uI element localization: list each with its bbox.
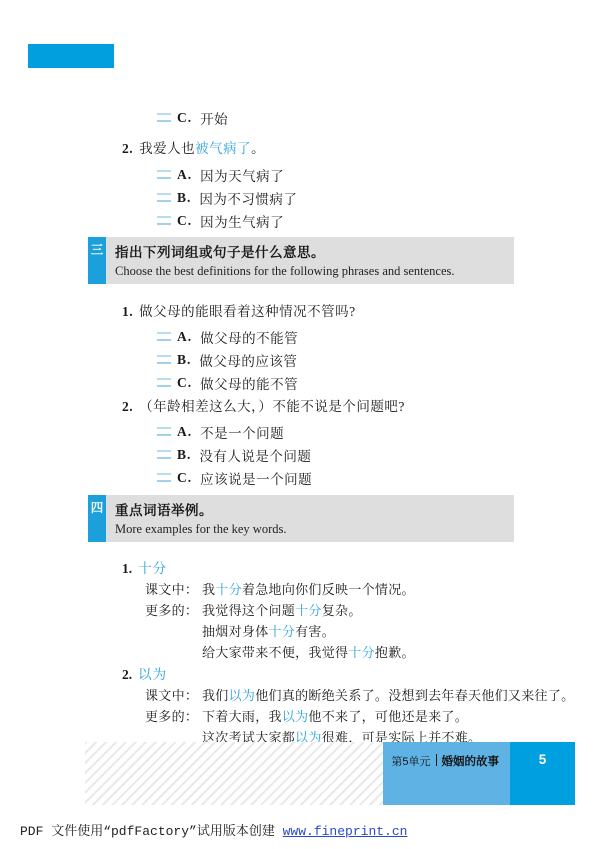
- option-text: 做父母的应该管: [199, 350, 297, 370]
- keyword-word: 以为: [138, 667, 167, 682]
- answer-option-row: C.做父母的能不管: [157, 371, 578, 394]
- page-content: C. 开始 2.我爱人也被气病了。 A.因为天气病了B.因为不习惯病了C.因为生…: [88, 0, 578, 748]
- keyword-highlight: 十分: [269, 624, 296, 639]
- answer-checkbox[interactable]: [157, 427, 171, 436]
- answer-checkbox[interactable]: [157, 216, 171, 225]
- section-number-badge: 三: [88, 237, 106, 284]
- answer-options-group: A.不是一个问题B.没有人说是个问题C.应该说是一个问题: [88, 420, 578, 489]
- example-label: [145, 642, 202, 663]
- example-sentence: 给大家带来不便，我觉得十分抱歉。: [202, 642, 415, 663]
- keyword-number: 2.: [122, 667, 132, 682]
- keyword-heading: 2.以为: [122, 663, 578, 685]
- option-letter: B.: [177, 447, 191, 463]
- keyword-word: 十分: [138, 561, 167, 576]
- textbook-page: C. 开始 2.我爱人也被气病了。 A.因为天气病了B.因为不习惯病了C.因为生…: [0, 0, 600, 849]
- section-title: 指出下列词组或句子是什么意思。: [115, 241, 508, 261]
- keyword-highlight: 十分: [215, 582, 242, 597]
- option-letter: A.: [177, 424, 192, 440]
- section-header-body: 重点词语举例。 More examples for the key words.: [106, 495, 514, 542]
- page-number: 5: [510, 742, 575, 805]
- question-text: 我爱人也: [139, 141, 195, 156]
- question-block: 2.（年龄相差这么大，）不能不说是个问题吧?A.不是一个问题B.没有人说是个问题…: [88, 395, 578, 489]
- option-letter: C.: [177, 213, 192, 229]
- answer-option-row: B.因为不习惯病了: [157, 186, 578, 209]
- section-header-three: 三 指出下列词组或句子是什么意思。 Choose the best defini…: [88, 237, 514, 284]
- footer-stripe-decoration: [85, 742, 383, 805]
- answer-option-row: C. 开始: [157, 106, 578, 129]
- option-letter: C.: [177, 375, 192, 391]
- section-subtitle: More examples for the key words.: [115, 522, 508, 537]
- question-number: 2.: [122, 399, 133, 414]
- option-letter: C.: [177, 110, 192, 126]
- option-letter: A.: [177, 329, 192, 345]
- option-text: 做父母的不能管: [200, 327, 298, 347]
- answer-option-row: B.没有人说是个问题: [157, 443, 578, 466]
- keyword-block: 2.以为课文中：我们以为他们真的断绝关系了。没想到去年春天他们又来往了。更多的：…: [88, 663, 578, 748]
- answer-checkbox[interactable]: [157, 473, 171, 482]
- example-line: 更多的：我觉得这个问题十分复杂。: [145, 600, 578, 621]
- option-text: 没有人说是个问题: [199, 445, 311, 465]
- example-line: 抽烟对身体十分有害。: [145, 621, 578, 642]
- section-three-questions: 1.做父母的能眼看着这种情况不管吗?A.做父母的不能管B.做父母的应该管C.做父…: [88, 300, 578, 489]
- question-line: 1.做父母的能眼看着这种情况不管吗?: [122, 300, 578, 322]
- section-header-body: 指出下列词组或句子是什么意思。 Choose the best definiti…: [106, 237, 514, 284]
- option-letter: C.: [177, 470, 192, 486]
- answer-option-row: B.做父母的应该管: [157, 348, 578, 371]
- option-text: 因为生气病了: [200, 211, 284, 231]
- example-line: 课文中：我们以为他们真的断绝关系了。没想到去年春天他们又来往了。: [145, 685, 578, 706]
- question-text-end: 。: [251, 141, 265, 156]
- section-four-keywords: 1.十分课文中：我十分着急地向你们反映一个情况。更多的：我觉得这个问题十分复杂。…: [88, 557, 578, 748]
- answer-option-row: A.做父母的不能管: [157, 325, 578, 348]
- option-text: 因为不习惯病了: [199, 188, 297, 208]
- example-line: 给大家带来不便，我觉得十分抱歉。: [145, 642, 578, 663]
- option-text: 做父母的能不管: [200, 373, 298, 393]
- question-line: 2.（年龄相差这么大，）不能不说是个问题吧?: [122, 395, 578, 417]
- answer-option-row: C.因为生气病了: [157, 209, 578, 232]
- question-number: 1.: [122, 304, 133, 319]
- section-subtitle: Choose the best definitions for the foll…: [115, 264, 508, 279]
- footer-divider: [436, 754, 437, 766]
- example-label: 课文中：: [145, 685, 202, 706]
- question-highlight: 被气病了: [195, 141, 251, 156]
- example-label: 课文中：: [145, 579, 202, 600]
- answer-checkbox[interactable]: [157, 332, 171, 341]
- answer-checkbox[interactable]: [157, 113, 171, 122]
- unit-label: 第5单元: [391, 753, 430, 805]
- answer-options-group: A.因为天气病了B.因为不习惯病了C.因为生气病了: [88, 163, 578, 232]
- example-label: 更多的：: [145, 706, 202, 727]
- answer-checkbox[interactable]: [157, 355, 171, 364]
- keyword-block: 1.十分课文中：我十分着急地向你们反映一个情况。更多的：我觉得这个问题十分复杂。…: [88, 557, 578, 663]
- question-number: 2.: [122, 141, 133, 156]
- option-letter: B.: [177, 352, 191, 368]
- answer-options-group: A.做父母的不能管B.做父母的应该管C.做父母的能不管: [88, 325, 578, 394]
- section-header-four: 四 重点词语举例。 More examples for the key word…: [88, 495, 514, 542]
- section-title: 重点词语举例。: [115, 499, 508, 519]
- watermark-text: PDF 文件使用“pdfFactory”试用版本创建: [20, 824, 283, 839]
- option-text: 开始: [200, 108, 228, 128]
- question-text: 做父母的能眼看着这种情况不管吗?: [139, 304, 356, 319]
- example-sentence: 我觉得这个问题十分复杂。: [202, 600, 362, 621]
- keyword-highlight: 以为: [229, 688, 256, 703]
- answer-option-row: A.因为天气病了: [157, 163, 578, 186]
- keyword-number: 1.: [122, 561, 132, 576]
- answer-option-row: C.应该说是一个问题: [157, 466, 578, 489]
- answer-checkbox[interactable]: [157, 193, 171, 202]
- keyword-highlight: 以为: [282, 709, 309, 724]
- keyword-highlight: 十分: [295, 603, 322, 618]
- option-text: 不是一个问题: [200, 422, 284, 442]
- question-text: （年龄相差这么大，）不能不说是个问题吧?: [139, 399, 405, 414]
- answer-checkbox[interactable]: [157, 378, 171, 387]
- option-text: 因为天气病了: [200, 165, 284, 185]
- keyword-heading: 1.十分: [122, 557, 578, 579]
- example-sentence: 抽烟对身体十分有害。: [202, 621, 335, 642]
- example-sentence: 下着大雨，我以为他不来了，可他还是来了。: [202, 706, 468, 727]
- example-label: 更多的：: [145, 600, 202, 621]
- example-sentence: 我十分着急地向你们反映一个情况。: [202, 579, 415, 600]
- section-number-badge: 四: [88, 495, 106, 542]
- answer-option-row: A.不是一个问题: [157, 420, 578, 443]
- unit-title: 婚姻的故事: [442, 753, 500, 805]
- example-label: [145, 621, 202, 642]
- footer-unit-tab: 第5单元 婚姻的故事: [383, 742, 510, 805]
- watermark-link[interactable]: www.fineprint.cn: [283, 824, 408, 839]
- option-text: 应该说是一个问题: [200, 468, 312, 488]
- option-letter: A.: [177, 167, 192, 183]
- question-line: 2.我爱人也被气病了。: [122, 137, 578, 159]
- example-line: 课文中：我十分着急地向你们反映一个情况。: [145, 579, 578, 600]
- keyword-highlight: 十分: [348, 645, 375, 660]
- option-letter: B.: [177, 190, 191, 206]
- answer-checkbox[interactable]: [157, 170, 171, 179]
- pdf-watermark: PDF 文件使用“pdfFactory”试用版本创建 www.fineprint…: [20, 820, 407, 839]
- answer-checkbox[interactable]: [157, 450, 171, 459]
- question-block: 1.做父母的能眼看着这种情况不管吗?A.做父母的不能管B.做父母的应该管C.做父…: [88, 300, 578, 394]
- example-line: 更多的：下着大雨，我以为他不来了，可他还是来了。: [145, 706, 578, 727]
- example-sentence: 我们以为他们真的断绝关系了。没想到去年春天他们又来往了。: [202, 685, 574, 706]
